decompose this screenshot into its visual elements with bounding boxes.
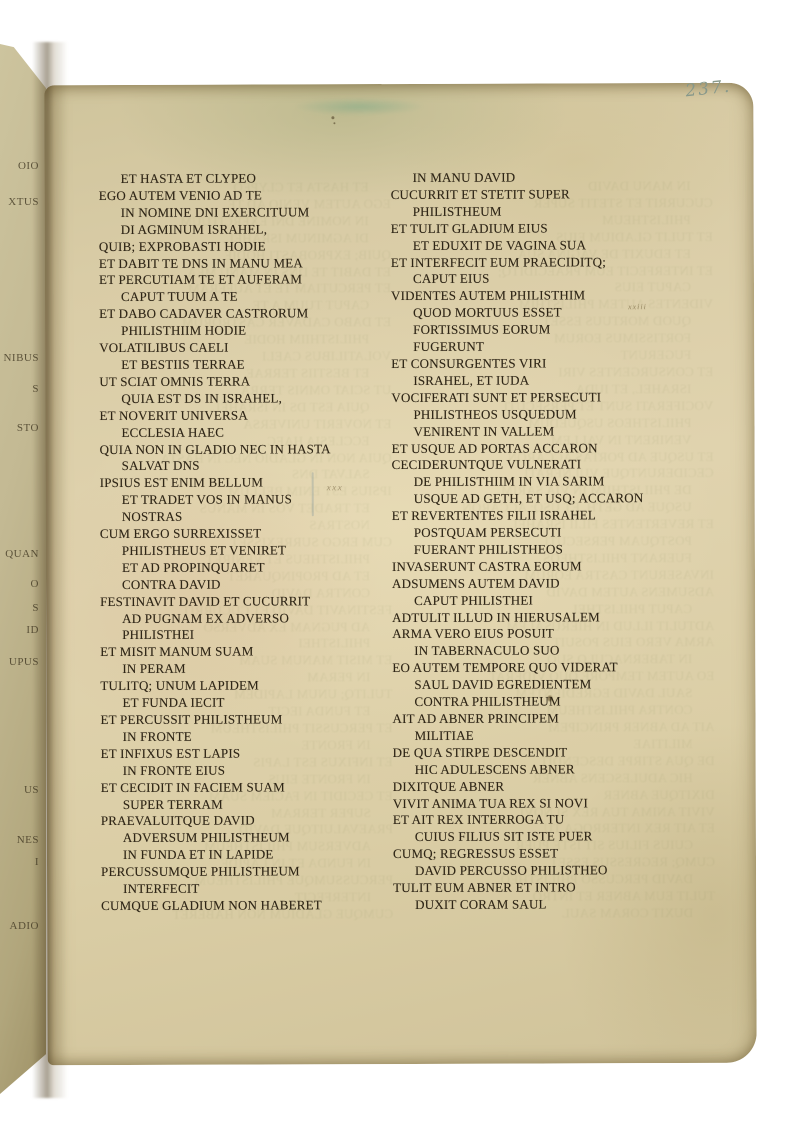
text-line: ET TRADET VOS IN MANUS [100, 491, 400, 509]
text-line: ET NOVERIT UNIVERSA [99, 407, 399, 425]
text-line: VOLATILIBUS CAELI [99, 339, 399, 357]
text-line: ET AD PROPINQUARET [100, 559, 400, 577]
text-line: S [32, 383, 39, 395]
text-line: ID [26, 624, 39, 636]
text-line: IN NOMINE DNI EXERCITUUM [99, 204, 399, 222]
text-line: CECIDERUNTQUE VULNERATI [392, 456, 722, 474]
text-line: I [35, 856, 39, 868]
text-line: SAUL DAVID EGREDIENTEM [392, 676, 722, 694]
text-line: ADVERSUM PHILISTHEUM [101, 829, 401, 847]
text-line: UPUS [9, 656, 39, 668]
text-line: ET USQUE AD PORTAS ACCARON [392, 439, 722, 457]
text-line: DUXIT CORAM SAUL [393, 896, 723, 914]
text-line: ARMA VERO EIUS POSUIT [392, 625, 722, 643]
text-line: QUIA NON IN GLADIO NEC IN HASTA [100, 441, 400, 459]
text-line: SUPER TERRAM [101, 796, 401, 814]
text-line: HIC ADULESCENS ABNER [393, 761, 723, 779]
text-line: ET PERCUTIAM TE ET AUFERAM [99, 271, 399, 289]
text-line: USQUE AD GETH, ET USQ; ACCARON [392, 490, 722, 508]
text-line: ADIO [10, 920, 40, 932]
text-line: CAPUT TUUM A TE [99, 288, 399, 306]
text-line: AD PUGNAM EX ADVERSO [100, 610, 400, 628]
text-line: FUERANT PHILISTHEOS [392, 541, 722, 559]
text-line: ECCLESIA HAEC [99, 424, 399, 442]
text-line: ET AIT REX INTERROGA TU [393, 811, 723, 829]
text-line: PRAEVALUITQUE DAVID [101, 812, 401, 830]
text-line: PHILISTHIIM HODIE [99, 322, 399, 340]
text-line: OIO [18, 160, 39, 172]
parchment-page: 237. xxx xxiii ET HASTA ET CLYPEOEGO AUT… [44, 83, 756, 1065]
text-line: IN PERAM [100, 660, 400, 678]
text-line: SALVAT DNS [100, 457, 400, 475]
text-line: QUIB; EXPROBASTI HODIE [99, 238, 399, 256]
text-line: AIT AD ABNER PRINCIPEM [392, 710, 722, 728]
ink-speck [331, 116, 334, 119]
text-line: IPSIUS EST ENIM BELLUM [100, 474, 400, 492]
text-line: ET CONSURGENTES VIRI [391, 355, 721, 373]
text-line: NIBUS [3, 352, 39, 364]
text-line: IN TABERNACULO SUO [392, 642, 722, 660]
text-line: IN FRONTE EIUS [101, 762, 401, 780]
text-line: US [24, 784, 39, 796]
text-line: ET TULIT GLADIUM EIUS [391, 220, 721, 238]
text-line: VIVIT ANIMA TUA REX SI NOVI [393, 794, 723, 812]
text-line: XTUS [8, 196, 39, 208]
text-line: CUM ERGO SURREXISSET [100, 525, 400, 543]
text-line: PERCUSSUMQUE PHILISTHEUM [101, 863, 401, 881]
text-line: EO AUTEM TEMPORE QUO VIDERAT [392, 659, 722, 677]
text-line: DI AGMINUM ISRAHEL, [99, 221, 399, 239]
text-line: NOSTRAS [100, 508, 400, 526]
text-column-left: ET HASTA ET CLYPEOEGO AUTEM VENIO AD TEI… [99, 170, 402, 915]
text-line: CUIUS FILIUS SIT ISTE PUER [393, 828, 723, 846]
text-line: QUOD MORTUUS ESSET [391, 304, 721, 322]
text-line: CUMQ; REGRESSUS ESSET [393, 845, 723, 863]
text-line: PHILISTHEOS USQUEDUM [391, 406, 721, 424]
text-line: PHILISTHEI [100, 626, 400, 644]
text-line: CONTRA PHILISTHEUM [392, 693, 722, 711]
text-line: ET MISIT MANUM SUAM [100, 643, 400, 661]
text-line: CUCURRIT ET STETIT SUPER [391, 186, 721, 204]
text-line: ET DABO CADAVER CASTRORUM [99, 305, 399, 323]
text-line: IN MANU DAVID [391, 169, 721, 187]
text-line: EGO AUTEM VENIO AD TE [99, 187, 399, 205]
text-line: PHILISTHEUM [391, 203, 721, 221]
text-line: DE QUA STIRPE DESCENDIT [393, 744, 723, 762]
text-line: DE PHILISTHIIM IN VIA SARIM [392, 473, 722, 491]
text-line: IN FUNDA ET IN LAPIDE [101, 846, 401, 864]
text-line: POSTQUAM PERSECUTI [392, 524, 722, 542]
folio-number: 237. [684, 77, 732, 102]
text-line: UT SCIAT OMNIS TERRA [99, 373, 399, 391]
text-column-right: IN MANU DAVIDCUCURRIT ET STETIT SUPERPHI… [391, 169, 724, 914]
ink-speck [333, 122, 335, 124]
faded-inscription [296, 98, 422, 115]
text-line: TULITQ; UNUM LAPIDEM [100, 677, 400, 695]
text-line: ET HASTA ET CLYPEO [99, 170, 399, 188]
text-line: ISRAHEL, ET IUDA [391, 372, 721, 390]
text-line: ET CECIDIT IN FACIEM SUAM [101, 779, 401, 797]
text-line: FESTINAVIT DAVID ET CUCURRIT [100, 593, 400, 611]
text-line: VOCIFERATI SUNT ET PERSECUTI [391, 389, 721, 407]
manuscript-photo: OIOXTUSNIBUSSSTOQUANOSIDUPUSUSNESIADIO 2… [0, 0, 800, 1123]
text-line: QUAN [5, 548, 39, 560]
column-text-right: IN MANU DAVIDCUCURRIT ET STETIT SUPERPHI… [391, 169, 724, 914]
verso-edge-text-fragments: OIOXTUSNIBUSSSTOQUANOSIDUPUSUSNESIADIO [0, 0, 44, 1123]
text-line: INTERFECIT [101, 880, 401, 898]
text-line: ET REVERTENTES FILII ISRAHEL [392, 507, 722, 525]
text-line: ET BESTIIS TERRAE [99, 356, 399, 374]
text-line: CAPUT PHILISTHEI [392, 592, 722, 610]
text-line: CONTRA DAVID [100, 576, 400, 594]
text-line: VIDENTES AUTEM PHILISTHIM [391, 287, 721, 305]
text-line: ET DABIT TE DNS IN MANU MEA [99, 255, 399, 273]
text-line: QUIA EST DS IN ISRAHEL, [99, 390, 399, 408]
text-line: VENIRENT IN VALLEM [391, 422, 721, 440]
column-text-left: ET HASTA ET CLYPEOEGO AUTEM VENIO AD TEI… [99, 170, 402, 915]
text-line: ET FUNDA IECIT [100, 694, 400, 712]
text-line: DIXITQUE ABNER [393, 778, 723, 796]
text-line: ADSUMENS AUTEM DAVID [392, 575, 722, 593]
text-line: PHILISTHEUS ET VENIRET [100, 542, 400, 560]
text-line: S [32, 602, 39, 614]
text-line: TULIT EUM ABNER ET INTRO [393, 879, 723, 897]
text-line: NES [17, 834, 39, 846]
text-line: ADTULIT ILLUD IN HIERUSALEM [392, 608, 722, 626]
text-line: MILITIAE [393, 727, 723, 745]
text-line: ET INFIXUS EST LAPIS [101, 745, 401, 763]
text-line: ET PERCUSSIT PHILISTHEUM [100, 711, 400, 729]
text-line: O [31, 578, 39, 590]
text-line: ET INTERFECIT EUM PRAECIDITQ; [391, 253, 721, 271]
text-line: DAVID PERCUSSO PHILISTHEO [393, 862, 723, 880]
text-line: FORTISSIMUS EORUM [391, 321, 721, 339]
text-line: CAPUT EIUS [391, 270, 721, 288]
text-line: CUMQUE GLADIUM NON HABERET [101, 897, 401, 915]
text-line: ET EDUXIT DE VAGINA SUA [391, 237, 721, 255]
text-line: IN FRONTE [101, 728, 401, 746]
text-line: FUGERUNT [391, 338, 721, 356]
text-line: INVASERUNT CASTRA EORUM [392, 558, 722, 576]
text-line: STO [17, 422, 39, 434]
